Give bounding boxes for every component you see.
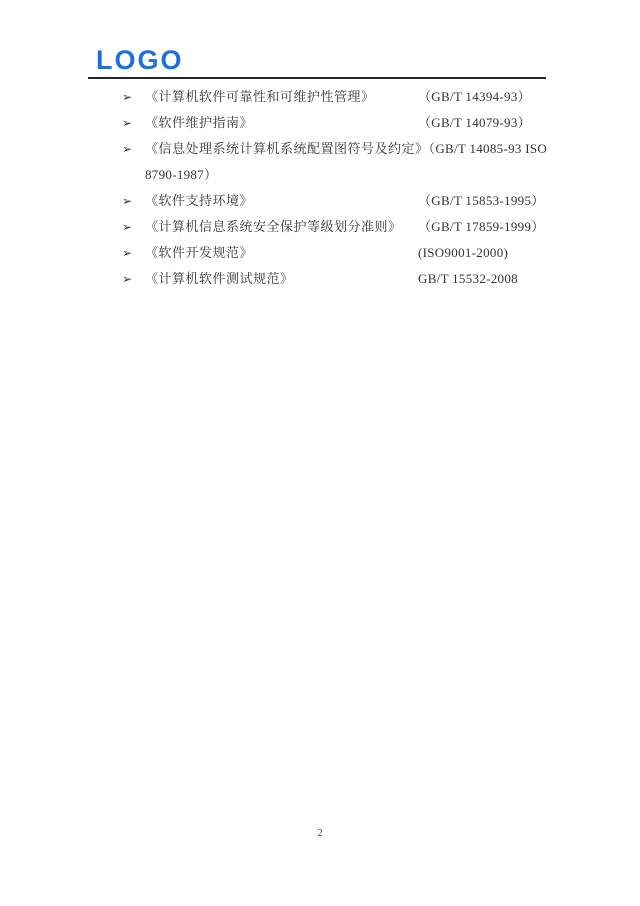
document-page: LOGO ➢ 《计算机软件可靠性和可维护性管理》（GB/T 14394-93） … [0, 0, 640, 906]
arrow-bullet-icon: ➢ [122, 84, 132, 110]
list-item: ➢ 《计算机信息系统安全保护等级划分准则》（GB/T 17859-1999） [122, 214, 578, 240]
standard-code: GB/T 15532-2008 [418, 271, 518, 286]
standard-code: （GB/T 14079-93） [418, 115, 531, 130]
header-divider [88, 77, 546, 79]
standard-title-and-code: 《信息处理系统计算机系统配置图符号及约定》（GB/T 14085-93 ISO [145, 136, 578, 162]
arrow-bullet-icon: ➢ [122, 240, 132, 266]
list-item: ➢ 《软件维护指南》（GB/T 14079-93） [122, 110, 578, 136]
standard-code: （GB/T 15853-1995） [418, 193, 545, 208]
standard-title: 《软件支持环境》 [145, 188, 418, 214]
standard-code: （GB/T 14085-93 ISO [429, 141, 548, 156]
standards-list: ➢ 《计算机软件可靠性和可维护性管理》（GB/T 14394-93） ➢ 《软件… [122, 84, 578, 292]
list-item: ➢ 《软件开发规范》(ISO9001-2000) [122, 240, 578, 266]
arrow-bullet-icon: ➢ [122, 188, 132, 214]
company-logo: LOGO [96, 47, 184, 74]
page-number: 2 [0, 827, 640, 839]
standard-code: （GB/T 17859-1999） [418, 219, 545, 234]
arrow-bullet-icon: ➢ [122, 136, 132, 162]
list-item: ➢ 《信息处理系统计算机系统配置图符号及约定》（GB/T 14085-93 IS… [122, 136, 578, 188]
list-item: ➢ 《软件支持环境》（GB/T 15853-1995） [122, 188, 578, 214]
standard-code: （GB/T 14394-93） [418, 89, 531, 104]
list-item: ➢ 《计算机软件可靠性和可维护性管理》（GB/T 14394-93） [122, 84, 578, 110]
arrow-bullet-icon: ➢ [122, 214, 132, 240]
standard-code-continued: 8790-1987） [145, 162, 578, 188]
standard-code: (ISO9001-2000) [418, 245, 508, 260]
standard-title: 《软件开发规范》 [145, 240, 418, 266]
arrow-bullet-icon: ➢ [122, 110, 132, 136]
arrow-bullet-icon: ➢ [122, 266, 132, 292]
standard-title: 《软件维护指南》 [145, 110, 418, 136]
standard-title: 《计算机软件测试规范》 [145, 266, 418, 292]
list-item: ➢ 《计算机软件测试规范》GB/T 15532-2008 [122, 266, 578, 292]
standard-title: 《计算机软件可靠性和可维护性管理》 [145, 84, 418, 110]
standard-title: 《计算机信息系统安全保护等级划分准则》 [145, 214, 418, 240]
standard-title: 《信息处理系统计算机系统配置图符号及约定》 [145, 141, 429, 156]
